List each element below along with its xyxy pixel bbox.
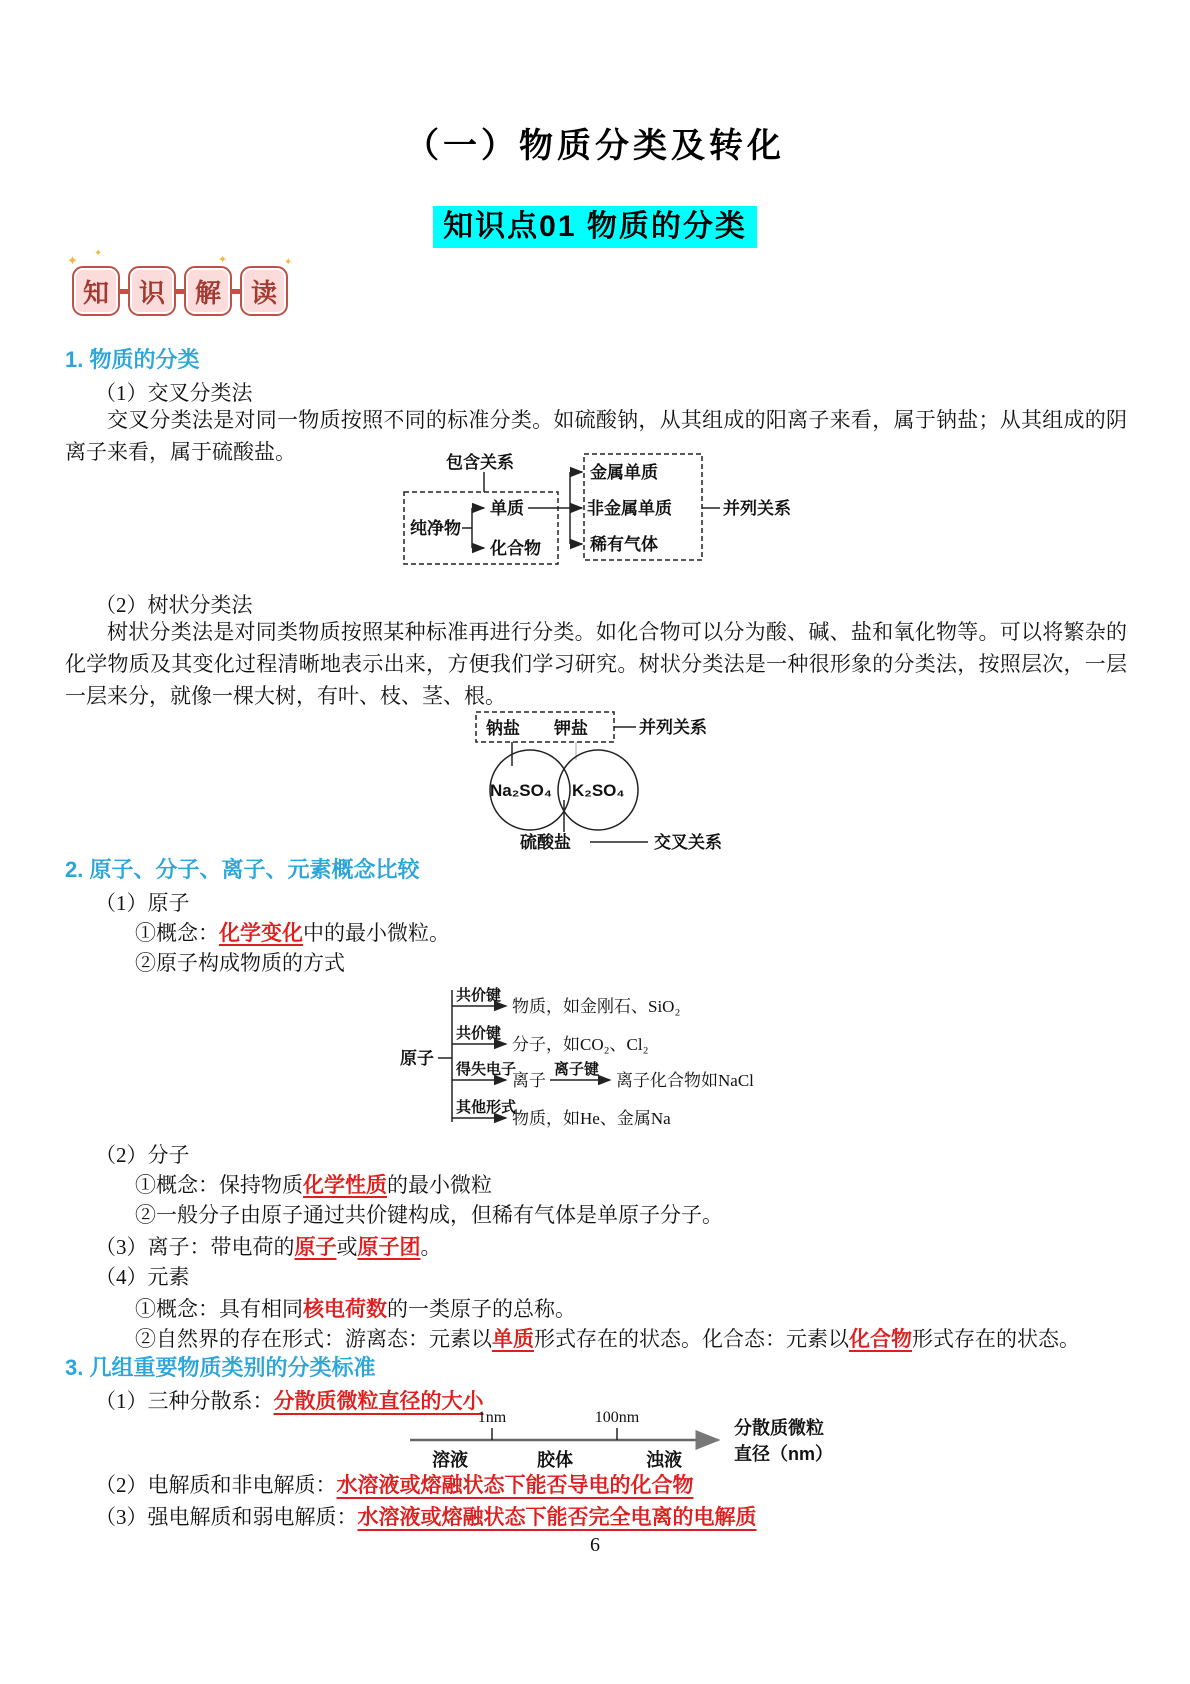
venn-diagram: 钠盐 钾盐 并列关系 Na₂SO₄ K₂SO₄ 硫酸盐 交叉关系 bbox=[424, 708, 784, 856]
document-page: （一）物质分类及转化 知识点01 物质的分类 ✦ ✦ ✦ ✦ 知 识 解 读 1… bbox=[0, 0, 1190, 1684]
ion-line: （3）离子：带电荷的原子或原子团。 bbox=[95, 1232, 442, 1262]
branch-2-text: 分子，如CO₂、Cl₂ bbox=[512, 1035, 649, 1054]
atom-root-node: 原子 bbox=[400, 1048, 434, 1068]
covalent-bond-label-2: 共价键 bbox=[456, 1024, 501, 1042]
sparkle-icon: ✦ bbox=[218, 255, 227, 266]
potassium-salt-node: 钾盐 bbox=[553, 718, 588, 738]
element-forms-post: 形式存在的状态。 bbox=[912, 1327, 1080, 1351]
badge-char-4: 读 bbox=[240, 266, 288, 316]
branch-1-text: 物质，如金刚石、SiO₂ bbox=[512, 997, 680, 1016]
topic-banner: 知识点01 物质的分类 bbox=[433, 206, 757, 248]
ion-pre: （3）离子：带电荷的 bbox=[95, 1235, 295, 1259]
particle-diameter-axis: 1nm 100nm 溶液 胶体 浊液 分散质微粒 直径（nm） bbox=[392, 1404, 862, 1472]
atom-concept-highlight: 化学变化 bbox=[219, 921, 303, 945]
element-concept-post: 的一类原子的总称。 bbox=[387, 1297, 576, 1321]
nonmetal-element-node: 非金属单质 bbox=[587, 498, 672, 518]
banner-row: 知识点01 物质的分类 bbox=[0, 206, 1190, 248]
element-forms-highlight-1: 单质 bbox=[492, 1327, 534, 1351]
zone-turbid: 浊液 bbox=[646, 1449, 682, 1470]
strong-electrolyte-line: （3）强电解质和弱电解质：水溶液或熔融状态下能否完全电离的电解质 bbox=[95, 1502, 757, 1533]
cross-classification-diagram: 包含关系 纯净物 单质 化合物 金属单质 非金属单质 稀有气体 并列关系 bbox=[398, 452, 818, 576]
element-forms-mid: 形式存在的状态。化合态：元素以 bbox=[534, 1327, 849, 1351]
axis-label-line-2: 直径（nm） bbox=[734, 1443, 833, 1464]
ion-highlight-2: 原子团 bbox=[358, 1235, 421, 1259]
branch-4-text: 物质，如He、金属Na bbox=[512, 1109, 671, 1128]
sparkle-icon: ✦ bbox=[67, 254, 78, 267]
molecule-concept-post: 的最小微粒 bbox=[387, 1173, 492, 1197]
section-1-heading: 1. 物质的分类 bbox=[65, 346, 199, 374]
element-forms-line: ②自然界的存在形式：游离态：元素以单质形式存在的状态。化合态：元素以化合物形式存… bbox=[135, 1324, 1080, 1354]
electrolyte-pre: （2）电解质和非电解质： bbox=[95, 1473, 337, 1497]
tree-classification-paragraph: 树状分类法是对同类物质按照某种标准再进行分类。如化合物可以分为酸、碱、盐和氧化物… bbox=[65, 616, 1127, 712]
element-concept-line: ①概念：具有相同核电荷数的一类原子的总称。 bbox=[135, 1294, 576, 1324]
badge-char-2: 识 bbox=[128, 266, 176, 316]
atom-way-line: ②原子构成物质的方式 bbox=[135, 948, 345, 978]
parallel-relation-label: 并列关系 bbox=[639, 717, 707, 737]
molecule-concept-highlight: 化学性质 bbox=[303, 1173, 387, 1197]
atom-structure-diagram: 原子 共价键 物质，如金刚石、SiO₂ 共价键 分子，如CO₂、Cl₂ 得失电子… bbox=[394, 974, 934, 1142]
inclusion-relation-label: 包含关系 bbox=[446, 452, 514, 472]
other-form-label: 其他形式 bbox=[456, 1098, 516, 1116]
zone-colloid: 胶体 bbox=[537, 1449, 573, 1470]
parallel-relation-label: 并列关系 bbox=[723, 498, 791, 518]
electrolyte-highlight: 水溶液或熔融状态下能否导电的化合物 bbox=[337, 1474, 694, 1497]
molecule-note-line: ②一般分子由原子通过共价键构成，但稀有气体是单原子分子。 bbox=[135, 1200, 723, 1230]
sparkle-icon: ✦ bbox=[284, 258, 292, 268]
ion-post: 。 bbox=[421, 1235, 442, 1259]
strong-electrolyte-highlight: 水溶液或熔融状态下能否完全电离的电解质 bbox=[358, 1506, 757, 1529]
sparkle-icon: ✦ bbox=[94, 249, 102, 259]
dispersion-pre: （1）三种分散系： bbox=[95, 1389, 274, 1413]
page-number: 6 bbox=[590, 1534, 600, 1556]
branch-3-text: 离子化合物如NaCl bbox=[616, 1071, 754, 1090]
knowledge-badge: ✦ ✦ ✦ ✦ 知 识 解 读 bbox=[72, 266, 288, 316]
zone-solution: 溶液 bbox=[432, 1449, 468, 1470]
element-node: 单质 bbox=[490, 498, 524, 518]
ion-mid: 或 bbox=[337, 1235, 358, 1259]
atom-title: （1）原子 bbox=[95, 888, 190, 918]
atom-concept-post: 中的最小微粒。 bbox=[303, 921, 450, 945]
page-title: （一）物质分类及转化 bbox=[405, 128, 785, 165]
section-3-heading: 3. 几组重要物质类别的分类标准 bbox=[65, 1354, 375, 1382]
atom-concept-line: ①概念：化学变化中的最小微粒。 bbox=[135, 918, 450, 948]
section-2-heading: 2. 原子、分子、离子、元素概念比较 bbox=[65, 856, 419, 884]
molecule-title: （2）分子 bbox=[95, 1140, 190, 1170]
title-row: （一）物质分类及转化 bbox=[0, 126, 1190, 168]
tick-100nm: 100nm bbox=[595, 1409, 640, 1426]
ion-highlight-1: 原子 bbox=[295, 1235, 337, 1259]
electron-transfer-label: 得失电子 bbox=[456, 1060, 516, 1078]
ion-node: 离子 bbox=[512, 1071, 546, 1090]
atom-concept-pre: ①概念： bbox=[135, 921, 219, 945]
sulfate-label: 硫酸盐 bbox=[520, 832, 571, 852]
metal-element-node: 金属单质 bbox=[590, 462, 658, 482]
tick-1nm: 1nm bbox=[478, 1409, 507, 1426]
badge-char-3: 解 bbox=[184, 266, 232, 316]
electrolyte-line: （2）电解质和非电解质：水溶液或熔融状态下能否导电的化合物 bbox=[95, 1470, 694, 1501]
sodium-sulfate-formula: Na₂SO₄ bbox=[490, 781, 552, 800]
element-forms-pre: ②自然界的存在形式：游离态：元素以 bbox=[135, 1327, 492, 1351]
compound-node: 化合物 bbox=[489, 538, 541, 558]
element-title: （4）元素 bbox=[95, 1262, 190, 1292]
axis-label-line-1: 分散质微粒 bbox=[734, 1417, 824, 1438]
cross-relation-label: 交叉关系 bbox=[654, 832, 722, 852]
potassium-sulfate-formula: K₂SO₄ bbox=[572, 781, 625, 800]
covalent-bond-label-1: 共价键 bbox=[456, 986, 501, 1004]
element-concept-pre: ①概念：具有相同 bbox=[135, 1297, 303, 1321]
element-forms-highlight-2: 化合物 bbox=[849, 1327, 912, 1351]
badge-char-1: 知 bbox=[72, 266, 120, 316]
ionic-bond-label: 离子键 bbox=[554, 1060, 599, 1078]
pure-substance-node: 纯净物 bbox=[410, 518, 461, 538]
molecule-concept-pre: ①概念：保持物质 bbox=[135, 1173, 303, 1197]
sodium-salt-node: 钠盐 bbox=[486, 718, 520, 738]
strong-electrolyte-pre: （3）强电解质和弱电解质： bbox=[95, 1505, 358, 1529]
footer-row: 6 bbox=[0, 1534, 1190, 1557]
noble-gas-node: 稀有气体 bbox=[589, 534, 658, 554]
molecule-concept-line: ①概念：保持物质化学性质的最小微粒 bbox=[135, 1170, 492, 1200]
element-concept-highlight: 核电荷数 bbox=[303, 1297, 387, 1321]
